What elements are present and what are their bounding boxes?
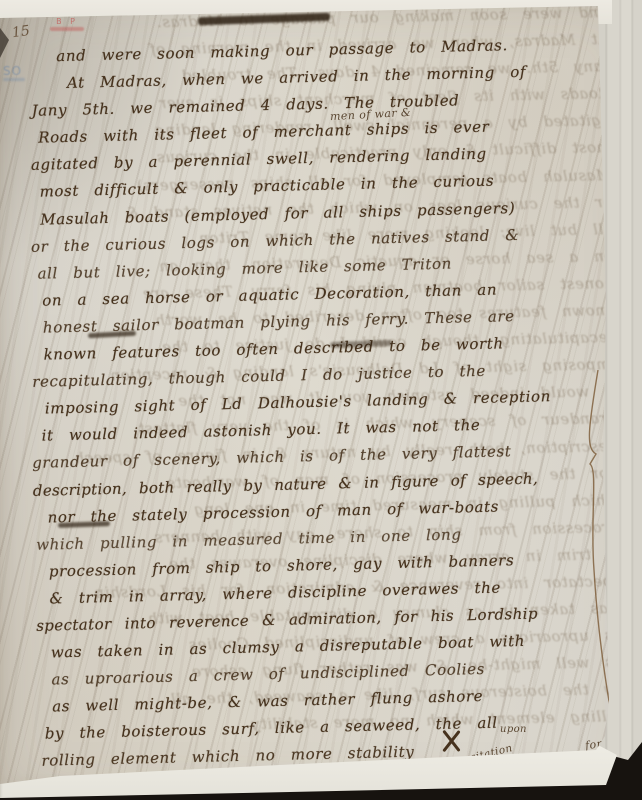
- blue-library-stamp: SO: [3, 64, 25, 81]
- interline-note: upon: [500, 724, 527, 735]
- letter-page: and were soon making our passage to Madr…: [0, 0, 642, 800]
- interline-note: men of war &: [330, 106, 412, 123]
- blue-stamp-illegible-line: [3, 78, 25, 81]
- blue-stamp-text: SO: [3, 64, 25, 78]
- interline-insertions: men of war &uponagitationfor.him: [0, 0, 642, 800]
- red-stamp-text: B P: [50, 17, 84, 26]
- ink-cross-out-mark: [438, 728, 464, 754]
- manuscript-scan: and were soon making our passage to Madr…: [0, 0, 642, 800]
- red-stamp-illegible-line: [50, 27, 84, 31]
- red-library-stamp: B P: [50, 17, 84, 31]
- folio-number: 15: [11, 23, 31, 41]
